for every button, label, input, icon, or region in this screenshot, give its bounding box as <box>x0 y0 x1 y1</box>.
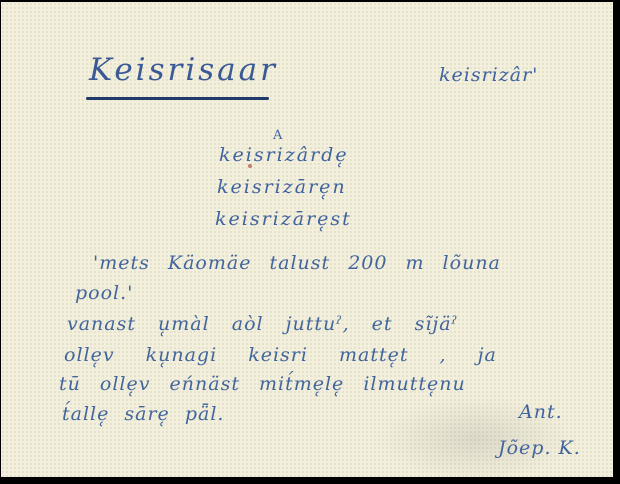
body-line: 'mets Käomäe talust 200 m lõuna <box>93 252 501 274</box>
pronunciation: keisrizâr' <box>439 64 538 86</box>
signature-recorder: Jõep. K. <box>498 437 581 459</box>
headword-underline <box>86 97 269 100</box>
body-line: olle̜v ku̜nagi keisri matte̜t , ja <box>64 344 497 366</box>
signature-collector: Ant. <box>519 401 563 423</box>
inflected-form: keisrizāre̜st <box>215 208 352 230</box>
headword: Keisrisaar <box>89 52 278 88</box>
inflected-form: keisrizāre̜n <box>217 176 347 198</box>
body-line: pool.' <box>75 282 133 304</box>
paper-speck <box>248 164 252 168</box>
body-line: tū olle̜v eńnäst mit́me̜le̜ ilmutte̜nu <box>59 373 466 395</box>
body-line: vanast u̜màl aòl juttuˀ, et sĩjäˀ <box>67 313 458 335</box>
index-card: Keisrisaar keisrizâr' A keisrizârde̜ kei… <box>1 2 613 477</box>
scan-frame: Keisrisaar keisrizâr' A keisrizârde̜ kei… <box>0 0 620 484</box>
correction-mark: A <box>273 128 282 143</box>
body-line: t́alle̜ sāre̜ pǟl. <box>62 403 224 425</box>
inflected-form: keisrizârde̜ <box>219 144 349 166</box>
